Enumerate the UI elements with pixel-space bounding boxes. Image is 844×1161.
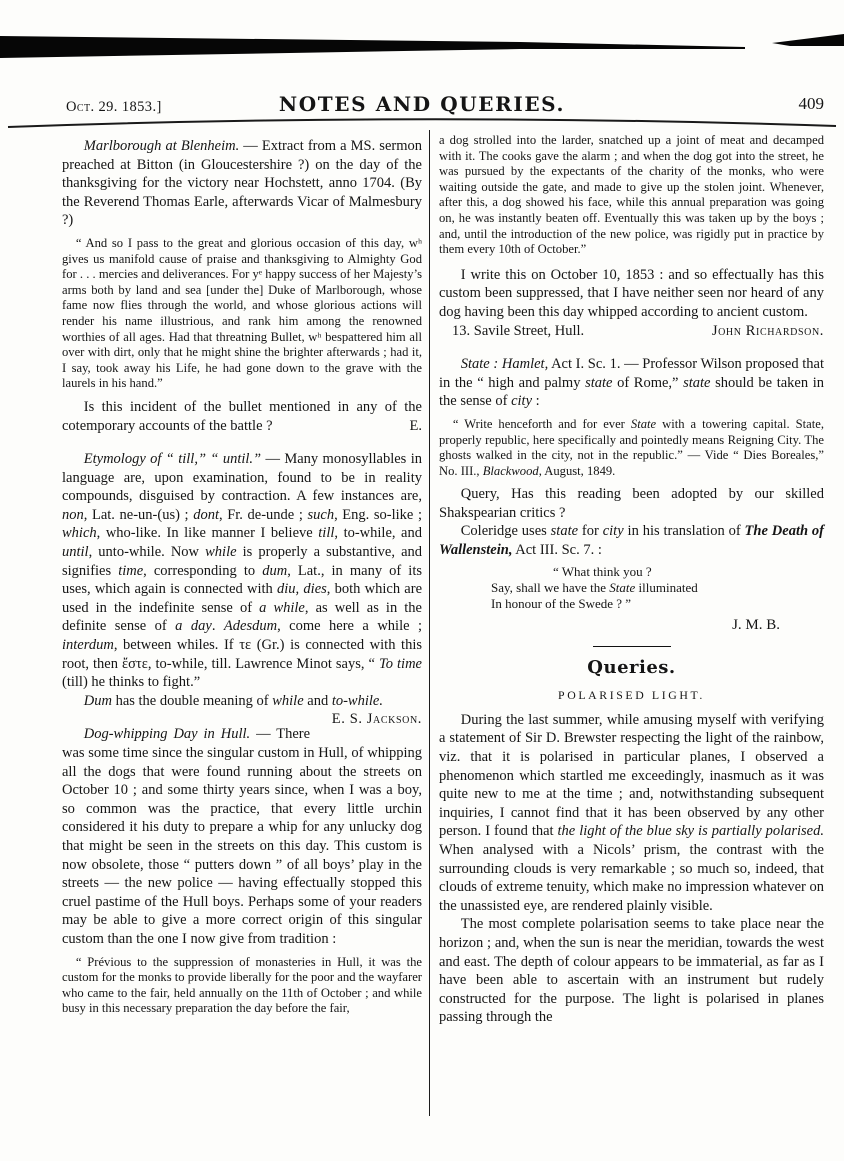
marlborough-sermon-quote: “ And so I pass to the great and gloriou… [62,236,422,392]
signature-jmb: J. M. B. [439,617,780,634]
verse-line-2: Say, shall we have the State illuminated [491,580,824,596]
page-title: NOTES AND QUERIES. [0,92,844,116]
right-column: a dog strolled into the larder, snatched… [439,133,824,1027]
polarised-light-para-1: During the last summer, while amusing my… [439,711,824,916]
state-hamlet-query: Query, Has this reading been adopted by … [439,485,824,522]
marlborough-question: Is this incident of the bullet mentioned… [62,398,422,435]
polarised-light-para-2: The most complete polarisation seems to … [439,915,824,1027]
article-state-hamlet-intro: State : Hamlet, Act I. Sc. 1. — Professo… [439,355,824,411]
running-header: Oct. 29. 1853.] NOTES AND QUERIES. 409 [0,90,844,122]
column-divider [429,130,430,1116]
gutter-shadow-right [772,34,844,46]
article-marlborough-intro: Marlborough at Blenheim. — Extract from … [62,137,422,230]
dog-whipping-quote-continued: a dog strolled into the larder, snatched… [439,133,824,258]
etymology-dum-text: Dum has the double meaning of while and … [84,693,383,709]
page-number: 409 [799,94,825,114]
etymology-dum-para: Dum has the double meaning of while and … [62,692,422,711]
left-column: Marlborough at Blenheim. — Extract from … [62,137,422,1023]
verse-line-3: In honour of the Swede ? ” [491,596,824,612]
dog-whipping-tradition-quote: “ Prévious to the suppression of monaste… [62,955,422,1017]
verse-line-1: “ What think you ? [553,564,824,580]
section-divider-rule [593,646,671,647]
article-etymology: Etymology of “ till,” “ until.” — Many m… [62,450,422,692]
signature-jackson: E. S. Jackson. [310,710,422,729]
signature-richardson: John Richardson. [690,322,824,341]
state-hamlet-blackwood-quote: “ Write henceforth and for ever State wi… [439,417,824,479]
signature-e: E. [388,417,422,436]
gutter-shadow-left [0,36,745,58]
richardson-note: I write this on October 10, 1853 : and s… [439,266,824,322]
wallenstein-verse: “ What think you ? Say, shall we have th… [491,564,824,613]
polarised-light-heading: POLARISED LIGHT. [439,688,824,703]
state-hamlet-coleridge: Coleridge uses state for city in his tra… [439,522,824,559]
richardson-note-text: I write this on October 10, 1853 : and s… [439,267,824,320]
article-dog-whipping: Dog-whipping Day in Hull. — There was so… [62,725,422,948]
queries-section-heading: Queries. [439,657,824,678]
marlborough-question-text: Is this incident of the bullet mentioned… [62,399,422,434]
scanned-page: Oct. 29. 1853.] NOTES AND QUERIES. 409 M… [0,0,844,1161]
